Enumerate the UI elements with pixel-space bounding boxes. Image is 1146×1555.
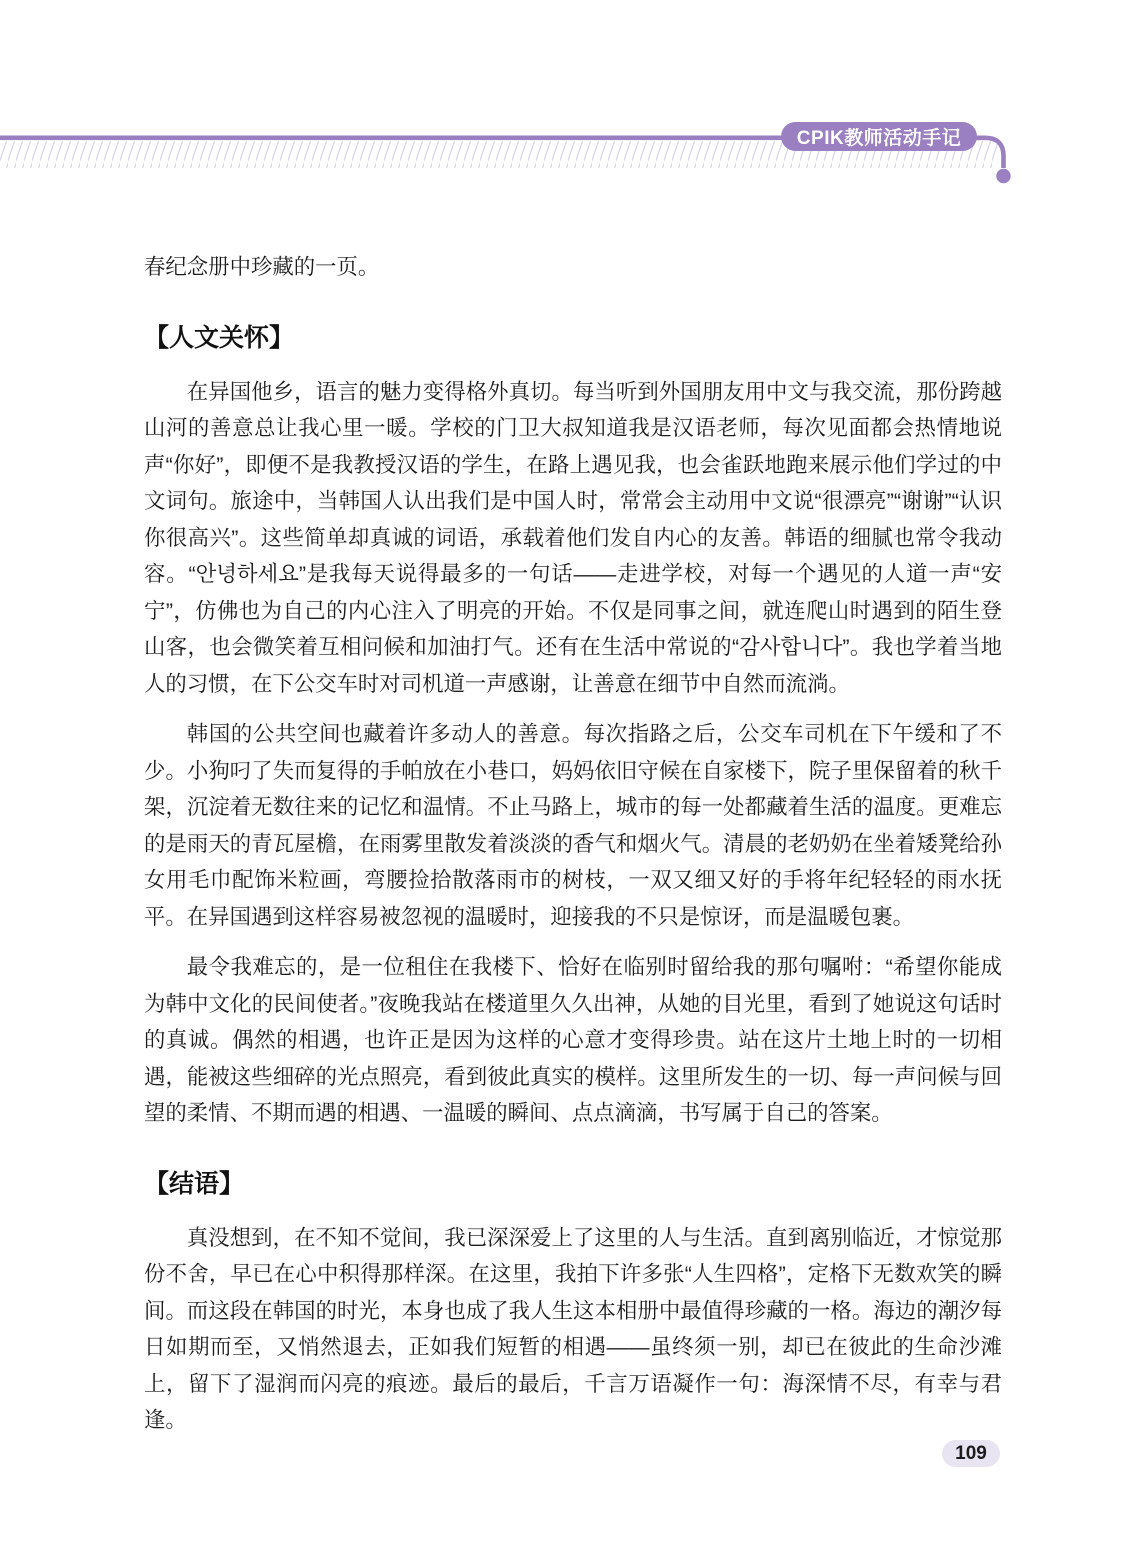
header-badge: CPIK教师活动手记: [781, 122, 977, 151]
header-tail-dot-icon: [996, 169, 1010, 183]
page-number-badge: 109: [942, 1440, 1000, 1467]
paragraph: 最令我难忘的，是一位租住在我楼下、恰好在临别时留给我的那句嘱咐：“希望你能成为韩…: [144, 949, 1002, 1132]
paragraph: 韩国的公共空间也藏着许多动人的善意。每次指路之后，公交车司机在下午缓和了不少。小…: [144, 716, 1002, 935]
section-heading-conclusion: 【结语】: [144, 1166, 1002, 1202]
paragraph: 在异国他乡，语言的魅力变得格外真切。每当听到外国朋友用中文与我交流，那份跨越山河…: [144, 374, 1002, 703]
lead-paragraph: 春纪念册中珍藏的一页。: [144, 249, 1002, 286]
section-heading-humanistic-care: 【人文关怀】: [144, 320, 1002, 356]
page-number: 109: [955, 1443, 987, 1465]
document-page: { "header": { "badge_label": "CPIK教师活动手记…: [0, 0, 1146, 1555]
document-body: 春纪念册中珍藏的一页。 【人文关怀】 在异国他乡，语言的魅力变得格外真切。每当听…: [144, 249, 1002, 1453]
header-badge-label: CPIK教师活动手记: [797, 123, 961, 150]
header-decoration: [0, 0, 1146, 210]
paragraph: 真没想到，在不知不觉间，我已深深爱上了这里的人与生活。直到离别临近，才惊觉那份不…: [144, 1220, 1002, 1439]
